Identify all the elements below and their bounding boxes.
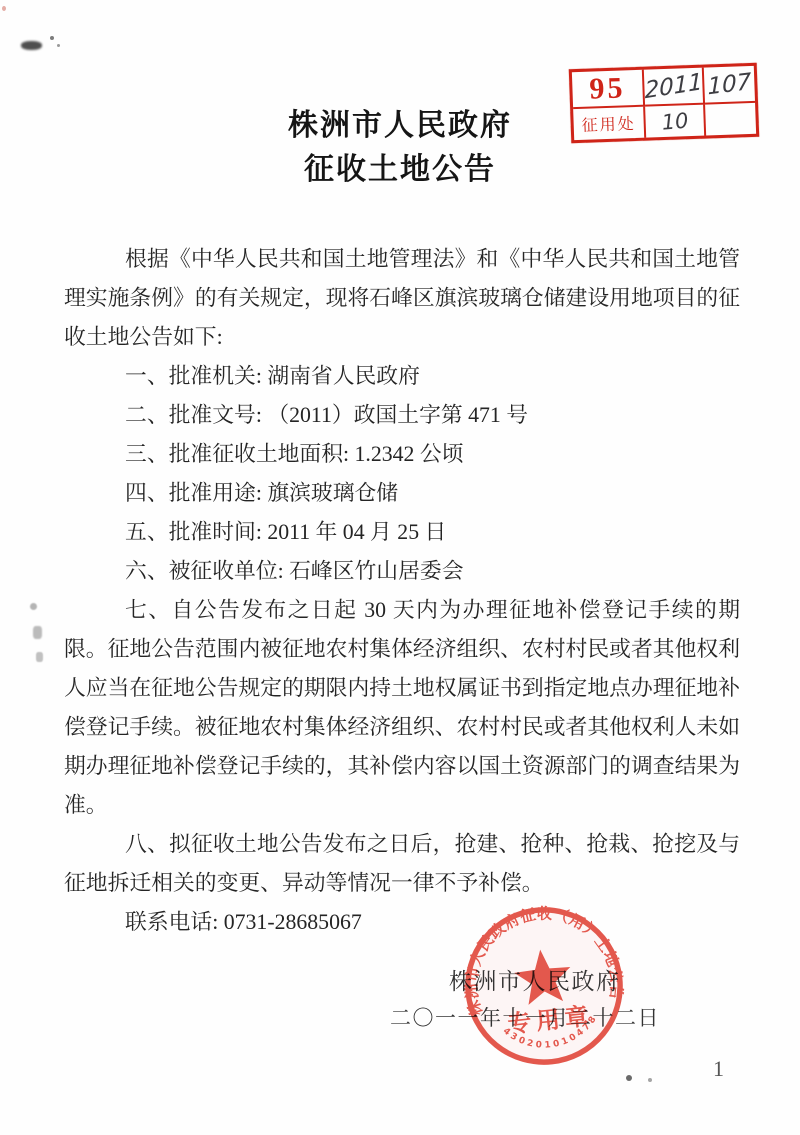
page-number: 1 bbox=[713, 1056, 724, 1082]
scan-speck bbox=[57, 44, 60, 47]
contact-phone: 联系电话: 0731-28685067 bbox=[64, 903, 740, 942]
document-body: 根据《中华人民共和国土地管理法》和《中华人民共和国土地管理实施条例》的有关规定，… bbox=[64, 240, 740, 942]
document-title: 株洲市人民政府 征收土地公告 bbox=[0, 104, 800, 192]
body-item-4: 四、批准用途: 旗滨玻璃仓储 bbox=[64, 474, 740, 513]
body-item-7: 七、自公告发布之日起 30 天内为办理征地补偿登记手续的期限。征地公告范围内被征… bbox=[64, 591, 740, 825]
document-page: 95 2011 107 征用处 10 株洲市人民政府 征收土地公告 根据《中华人… bbox=[0, 0, 800, 1135]
scan-smudge bbox=[21, 41, 42, 50]
handwritten-year: 2011 bbox=[644, 68, 702, 103]
scan-speck bbox=[50, 36, 54, 40]
scan-speck bbox=[33, 626, 42, 639]
body-paragraph-intro: 根据《中华人民共和国土地管理法》和《中华人民共和国土地管理实施条例》的有关规定，… bbox=[64, 240, 740, 357]
stamp-serial-number: 95 bbox=[589, 71, 626, 106]
title-subject: 征收土地公告 bbox=[0, 148, 800, 192]
scan-speck bbox=[30, 603, 37, 610]
scan-speck bbox=[36, 652, 43, 662]
handwritten-doc-number: 107 bbox=[707, 68, 751, 99]
body-item-3: 三、批准征收土地面积: 1.2342 公顷 bbox=[64, 435, 740, 474]
scan-speck bbox=[648, 1078, 652, 1082]
body-item-6: 六、被征收单位: 石峰区竹山居委会 bbox=[64, 552, 740, 591]
body-item-5: 五、批准时间: 2011 年 04 月 25 日 bbox=[64, 513, 740, 552]
body-item-2: 二、批准文号: （2011）政国土字第 471 号 bbox=[64, 396, 740, 435]
body-item-8: 八、拟征收土地公告发布之日后，抢建、抢种、抢栽、抢挖及与征地拆迁相关的变更、异动… bbox=[64, 825, 740, 903]
official-seal: 株洲市人民政府征收（用）土地公告 专用章 4302010104788 bbox=[449, 893, 640, 1078]
title-issuer: 株洲市人民政府 bbox=[0, 104, 800, 148]
scan-speck bbox=[2, 6, 6, 11]
scan-speck bbox=[626, 1075, 632, 1081]
body-item-1: 一、批准机关: 湖南省人民政府 bbox=[64, 357, 740, 396]
